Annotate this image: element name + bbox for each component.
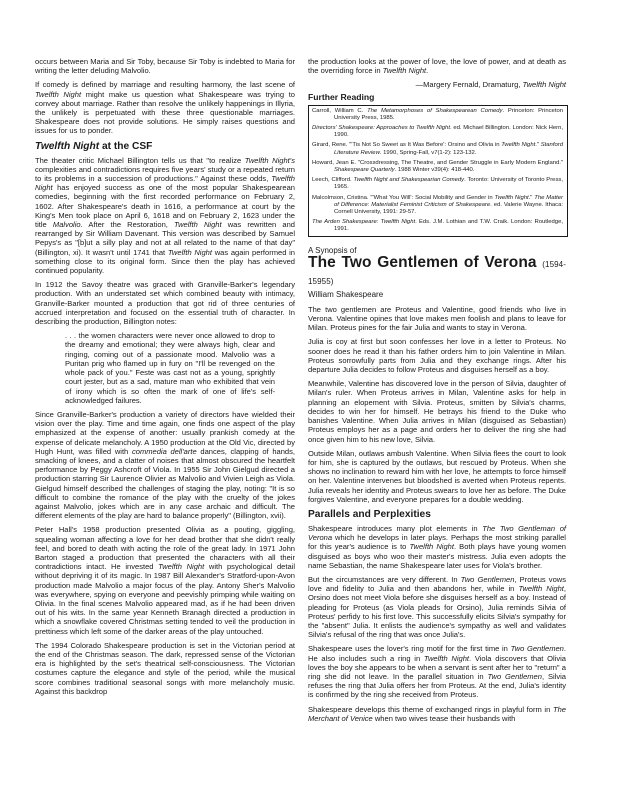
paragraph-synopsis-2: Julia is coy at first but soon confesses… [308, 337, 566, 374]
play-title: Twelfth Night [168, 248, 212, 257]
play-title: Twelfth Night's [245, 156, 295, 165]
reference-arden: The Arden Shakespeare: Twelfth Night. Ed… [312, 219, 563, 233]
paragraph-continuation: the production looks at the power of lov… [308, 57, 566, 75]
text: occurs between Maria and Sir Toby, becau… [35, 57, 295, 75]
journal-title: Shakespeare Quarterly [334, 167, 395, 173]
paragraph-billington: The theater critic Michael Billington te… [35, 156, 295, 276]
further-reading-heading: Further Reading [308, 92, 566, 102]
paragraph-parallels-2: But the circumstances are very different… [308, 575, 566, 639]
reference-girard: Girard, Rene. "'Tis Not So Sweet as It W… [312, 142, 563, 156]
text: when two wives tease their husbands with [373, 714, 516, 723]
text: The theater critic Michael Billington te… [35, 156, 245, 165]
text: . [426, 66, 428, 75]
play-title: Twelfth Night [174, 220, 222, 229]
reference-howard: Howard, Jean E. "Crossdressing, The Thea… [312, 160, 563, 174]
block-quote: . . . the women characters were never on… [65, 331, 275, 405]
paragraph-parallels-1: Shakespeare introduces many plot element… [308, 524, 566, 570]
section-heading-csf: Twelfth Night at the CSF [35, 141, 295, 153]
reference-malcolmson: Malcolmson, Cristina. "'What You Will': … [312, 195, 563, 217]
paragraph-savoy-1912: In 1912 the Savoy theatre was graced wit… [35, 280, 295, 326]
signature-text: —Margery Fernald, Dramaturg, [416, 80, 523, 89]
book-title: Twelfth Night and Shakespearian Comedy [354, 177, 465, 183]
play-title: Twelfth Night [158, 562, 204, 571]
paragraph-directors: Since Granville-Barker's production a va… [35, 410, 295, 520]
text: Shakespeare introduces many plot element… [308, 524, 482, 533]
text: Shakespeare develops this theme of excha… [308, 705, 553, 714]
text: Leech, Clifford. [312, 177, 354, 183]
synopsis-author: William Shakespeare [308, 290, 566, 299]
text: Malcolmson, Cristina. "'What You Will': … [312, 195, 495, 201]
further-reading-box: Carroll, William C. The Metamorphoses of… [308, 105, 568, 237]
play-title: Twelfth Night [35, 90, 81, 99]
play-title: Two Gentlemen [461, 575, 515, 584]
section-heading-parallels: Parallels and Perplexities [308, 509, 566, 521]
text: Shakespeare uses the lover's ring motif … [308, 644, 511, 653]
paragraph-synopsis-4: Outside Milan, outlaws ambush Valentine.… [308, 449, 566, 504]
play-title: Two Gentlemen [487, 672, 542, 681]
text: Girard, Rene. "'Tis Not So Sweet as It W… [312, 142, 501, 148]
paragraph-malvolio-letter: occurs between Maria and Sir Toby, becau… [35, 57, 295, 75]
italic-term: commedia dell'arte [132, 447, 197, 456]
play-title: Two Gentlemen [511, 644, 564, 653]
play-title: Malvolio [53, 220, 81, 229]
paragraph-parallels-4: Shakespeare develops this theme of excha… [308, 705, 566, 723]
book-title: Twelfth Night [501, 142, 535, 148]
book-title: The Arden Shakespeare: Twelfth Night [312, 219, 415, 225]
synopsis-title: The Two Gentlemen of Verona (1594-15955) [308, 255, 566, 289]
paragraph-synopsis-1: The two gentlemen are Proteus and Valent… [308, 305, 566, 333]
play-title: Twelfth Night [518, 584, 563, 593]
heading-italic: Twelfth Night [35, 141, 99, 152]
reference-carroll: Carroll, William C. The Metamorphoses of… [312, 108, 563, 122]
right-column: the production looks at the power of lov… [308, 57, 566, 728]
text: with psychological detail without depriv… [35, 562, 295, 635]
left-column: occurs between Maria and Sir Toby, becau… [35, 57, 295, 701]
text: If comedy is defined by marriage and res… [35, 80, 295, 89]
text: complexities and contradictions requires… [35, 165, 295, 183]
book-title: Twelfth Night [495, 195, 529, 201]
text: , Orsino does not meet Viola before she … [308, 584, 566, 639]
text: Carroll, William C. [312, 108, 367, 114]
text: dances, clapping of hands, smacking of k… [35, 447, 295, 520]
reference-directors: Directors' Shakespeare: Approaches to Tw… [312, 125, 563, 139]
text: But the circumstances are very different… [308, 575, 461, 584]
paragraph-peter-hall: Peter Hall's 1958 production presented O… [35, 525, 295, 635]
title-text: The Two Gentlemen of Verona [308, 254, 537, 271]
paragraph-comedy-marriage: If comedy is defined by marriage and res… [35, 80, 295, 135]
text: . 1988 Winter v39(4): 418-440. [395, 167, 475, 173]
text: the production looks at the power of lov… [308, 57, 566, 75]
paragraph-synopsis-3: Meanwhile, Valentine has discovered love… [308, 379, 566, 443]
book-title: The Metamorphoses of Shakespearean Comed… [367, 108, 502, 114]
play-title: Twelfth Night [424, 654, 469, 663]
play-title: Twelfth Night [383, 66, 426, 75]
paragraph-parallels-3: Shakespeare uses the lover's ring motif … [308, 644, 566, 699]
author-signature: —Margery Fernald, Dramaturg, Twelfth Nig… [308, 80, 566, 89]
text: . 1990, Spring-Fall, v7(1-2): 123-132. [380, 150, 477, 156]
heading-text: at the CSF [99, 141, 152, 152]
text: . After the Restoration, [81, 220, 174, 229]
paragraph-colorado-1994: The 1994 Colorado Shakespeare production… [35, 641, 295, 696]
play-title: Twelfth Night [523, 80, 566, 89]
text: Howard, Jean E. "Crossdressing, The Thea… [312, 160, 563, 166]
book-title: Directors' Shakespeare: Approaches to Tw… [312, 125, 450, 131]
reference-leech: Leech, Clifford. Twelfth Night and Shake… [312, 177, 563, 191]
play-title: Twelfth Night [409, 542, 454, 551]
